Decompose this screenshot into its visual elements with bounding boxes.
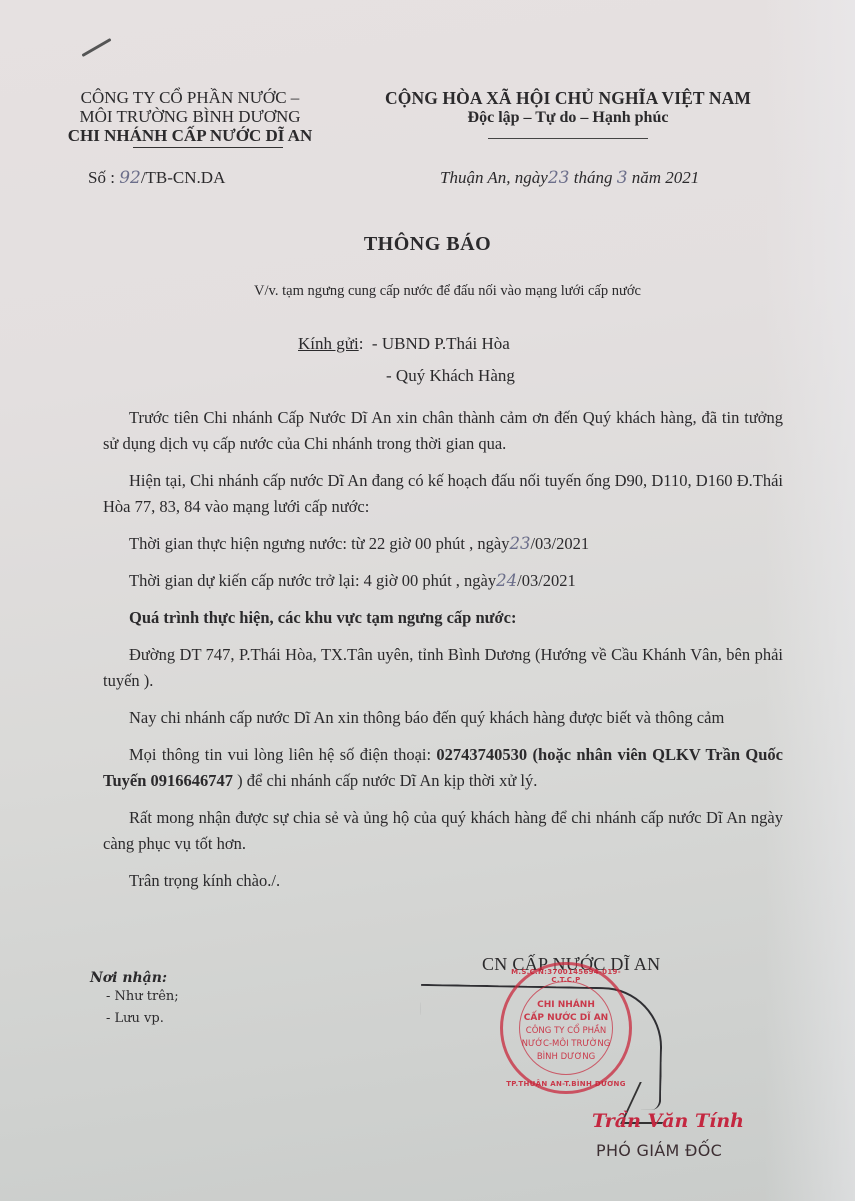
recipient-item: - Quý Khách Hàng — [298, 360, 515, 392]
pen-mark — [81, 38, 111, 57]
paragraph-notice: Nay chi nhánh cấp nước Dĩ An xin thông b… — [103, 705, 783, 731]
document-number-suffix: /TB-CN.DA — [141, 168, 226, 187]
date-prefix: Thuận An, ngày — [440, 168, 548, 187]
stamp-ring-top: M.S.C.N:3700145694-019-C.T.C.P — [503, 968, 629, 984]
paragraph-contact: Mọi thông tin vui lòng liên hệ số điện t… — [103, 742, 783, 794]
paragraph-stop-time: Thời gian thực hiện ngưng nước: từ 22 gi… — [103, 531, 783, 557]
resume-time-text: Thời gian dự kiến cấp nước trở lại: 4 gi… — [129, 571, 496, 590]
issuer-underline — [133, 147, 283, 148]
recipient-item: - UBND P.Thái Hòa — [372, 334, 510, 353]
contact-suffix: ) để chi nhánh cấp nước Dĩ An kịp thời x… — [233, 771, 537, 790]
recipients: Kính gửi: - UBND P.Thái Hòa - Quý Khách … — [298, 328, 515, 392]
document-number: Số : 92/TB-CN.DA — [88, 168, 225, 188]
resume-date-suffix: /03/2021 — [517, 571, 576, 590]
date-month-label: tháng — [574, 168, 613, 187]
recipients-footer-heading: Nơi nhận: — [90, 970, 179, 986]
signer-name: Trần Văn Tính — [592, 1110, 744, 1132]
official-stamp: M.S.C.N:3700145694-019-C.T.C.P CHI NHÁNH… — [500, 962, 632, 1094]
area-heading: Quá trình thực hiện, các khu vực tạm ngư… — [129, 608, 516, 627]
issuer-branch: CHI NHÁNH CẤP NƯỚC DĨ AN — [40, 126, 340, 145]
paragraph-area-heading: Quá trình thực hiện, các khu vực tạm ngư… — [103, 605, 783, 631]
document-number-label: Số : — [88, 168, 115, 187]
document-date: Thuận An, ngày23 tháng 3 năm 2021 — [440, 168, 699, 188]
stamp-center: CHI NHÁNH CẤP NƯỚC DĨ AN CÔNG TY CỔ PHẦN… — [503, 999, 629, 1064]
paragraph-resume-time: Thời gian dự kiến cấp nước trở lại: 4 gi… — [103, 568, 783, 594]
date-year: năm 2021 — [632, 168, 700, 187]
stamp-line-4: NƯỚC-MÔI TRƯỜNG — [503, 1038, 629, 1051]
paragraph-plan: Hiện tại, Chi nhánh cấp nước Dĩ An đang … — [103, 468, 783, 520]
stamp-line-3: CÔNG TY CỔ PHẦN — [503, 1025, 629, 1038]
resume-day-handwritten: 24 — [496, 571, 517, 590]
stamp-line-1: CHI NHÁNH — [503, 999, 629, 1012]
issuer-line-2: MÔI TRƯỜNG BÌNH DƯƠNG — [40, 107, 340, 126]
document-body: Trước tiên Chi nhánh Cấp Nước Dĩ An xin … — [103, 405, 783, 905]
national-title: CỘNG HÒA XÃ HỘI CHỦ NGHĨA VIỆT NAM — [368, 88, 768, 108]
recipients-footer-item: - Lưu vp. — [90, 1008, 179, 1030]
national-motto: Độc lập – Tự do – Hạnh phúc — [368, 108, 768, 128]
paragraph-closing: Trân trọng kính chào./. — [103, 868, 783, 894]
stop-date-suffix: /03/2021 — [530, 534, 589, 553]
issuer-header: CÔNG TY CỔ PHẦN NƯỚC – MÔI TRƯỜNG BÌNH D… — [40, 88, 340, 148]
contact-prefix: Mọi thông tin vui lòng liên hệ số điện t… — [129, 745, 436, 764]
signer-title: PHÓ GIÁM ĐỐC — [596, 1141, 722, 1160]
stop-time-text: Thời gian thực hiện ngưng nước: từ 22 gi… — [129, 534, 509, 553]
document-number-handwritten: 92 — [119, 168, 141, 188]
motto-underline — [488, 138, 648, 139]
recipients-label: Kính gửi — [298, 334, 359, 353]
stamp-ring-bottom: TP.THUẬN AN-T.BÌNH DƯƠNG — [503, 1080, 629, 1088]
paragraph-thanks: Trước tiên Chi nhánh Cấp Nước Dĩ An xin … — [103, 405, 783, 457]
stamp-line-2: CẤP NƯỚC DĨ AN — [503, 1012, 629, 1025]
paragraph-appreciation: Rất mong nhận được sự chia sẻ và ủng hộ … — [103, 805, 783, 857]
document-title: THÔNG BÁO — [0, 233, 855, 256]
paragraph-area: Đường DT 747, P.Thái Hòa, TX.Tân uyên, t… — [103, 642, 783, 694]
date-day-handwritten: 23 — [548, 168, 570, 188]
stop-day-handwritten: 23 — [509, 534, 530, 553]
date-month-handwritten: 3 — [617, 168, 628, 188]
recipients-footer-item: - Như trên; — [90, 986, 179, 1008]
stamp-line-5: BÌNH DƯƠNG — [503, 1051, 629, 1064]
national-header: CỘNG HÒA XÃ HỘI CHỦ NGHĨA VIỆT NAM Độc l… — [368, 88, 768, 139]
recipients-footer: Nơi nhận: - Như trên; - Lưu vp. — [90, 970, 179, 1030]
document-subject: V/v. tạm ngưng cung cấp nước để đấu nối … — [0, 283, 855, 300]
issuer-line-1: CÔNG TY CỔ PHẦN NƯỚC – — [40, 88, 340, 107]
